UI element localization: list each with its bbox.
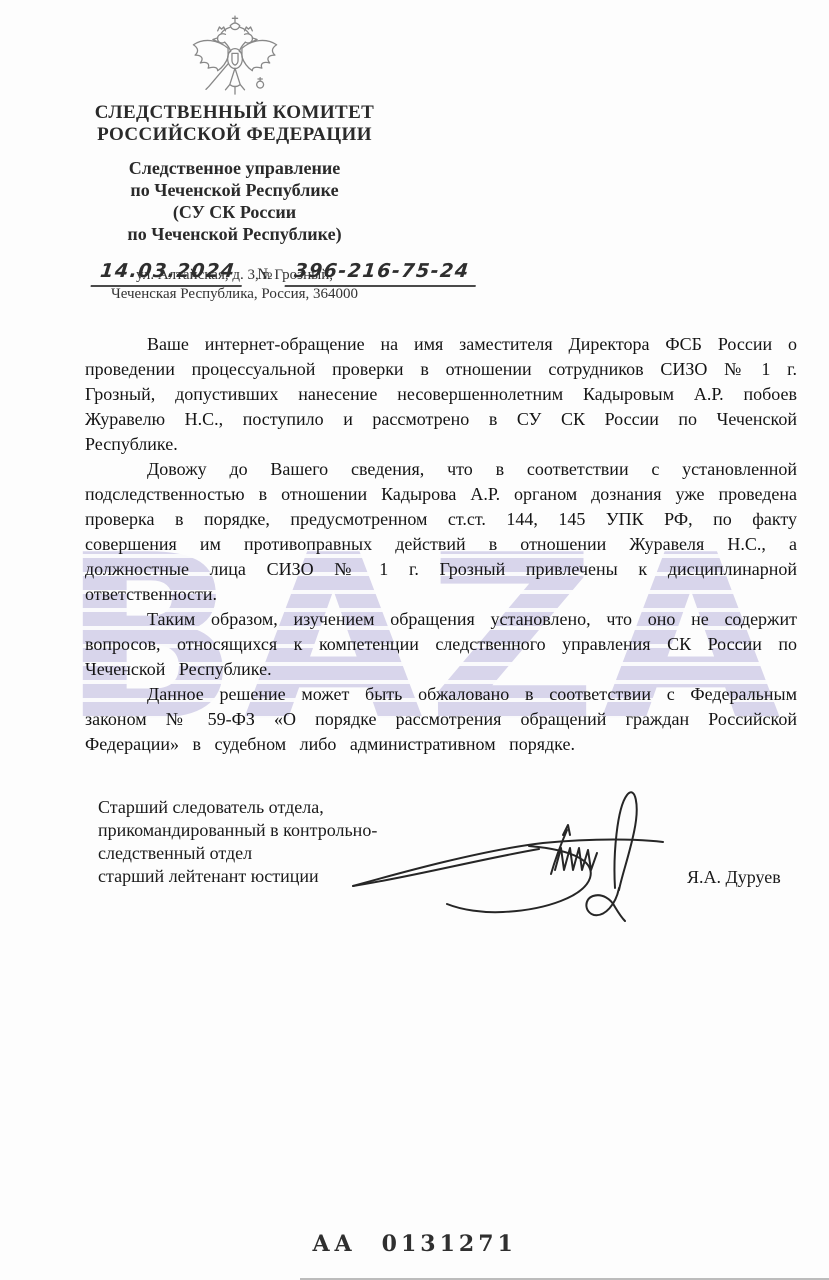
letter-body: Ваше интернет-обращение на имя заместите… bbox=[85, 332, 797, 757]
org-name-line1: СЛЕДСТВЕННЫЙ КОМИТЕТ bbox=[52, 102, 417, 124]
number-sign: № bbox=[257, 266, 272, 287]
address-line2: Чеченская Республика, Россия, 364000 bbox=[52, 285, 417, 304]
dept-line1: Следственное управление bbox=[52, 157, 417, 179]
signer-rank: старший лейтенант юстиции bbox=[98, 866, 319, 887]
document-date-handwritten: 14.03.2024 bbox=[91, 260, 245, 287]
dept-line4: по Чеченской Республике) bbox=[52, 223, 417, 245]
reference-line: 14.03.2024 № 396-216-75-24 bbox=[92, 260, 478, 287]
org-name-line2: РОССИЙСКОЙ ФЕДЕРАЦИИ bbox=[52, 124, 417, 146]
body-paragraph-1: Ваше интернет-обращение на имя заместите… bbox=[85, 332, 797, 457]
signature-flourish bbox=[343, 780, 678, 930]
document-page: BAZA bbox=[0, 0, 829, 1280]
org-name: СЛЕДСТВЕННЫЙ КОМИТЕТ РОССИЙСКОЙ ФЕДЕРАЦИ… bbox=[52, 102, 417, 146]
body-paragraph-3: Таким образом, изучением обращения устан… bbox=[85, 607, 797, 682]
body-paragraph-4: Данное решение может быть обжаловано в с… bbox=[85, 682, 797, 757]
dept-line3: (СУ СК России bbox=[52, 201, 417, 223]
signer-name: Я.А. Дуруев bbox=[687, 867, 781, 888]
dept-line2: по Чеченской Республике bbox=[52, 179, 417, 201]
form-serial-number: АА 0131271 bbox=[0, 1231, 829, 1257]
document-number-handwritten: 396-216-75-24 bbox=[285, 260, 479, 287]
department-name: Следственное управление по Чеченской Рес… bbox=[52, 157, 417, 245]
coat-of-arms-icon bbox=[183, 12, 287, 100]
body-paragraph-2: Довожу до Вашего сведения, что в соответ… bbox=[85, 457, 797, 607]
